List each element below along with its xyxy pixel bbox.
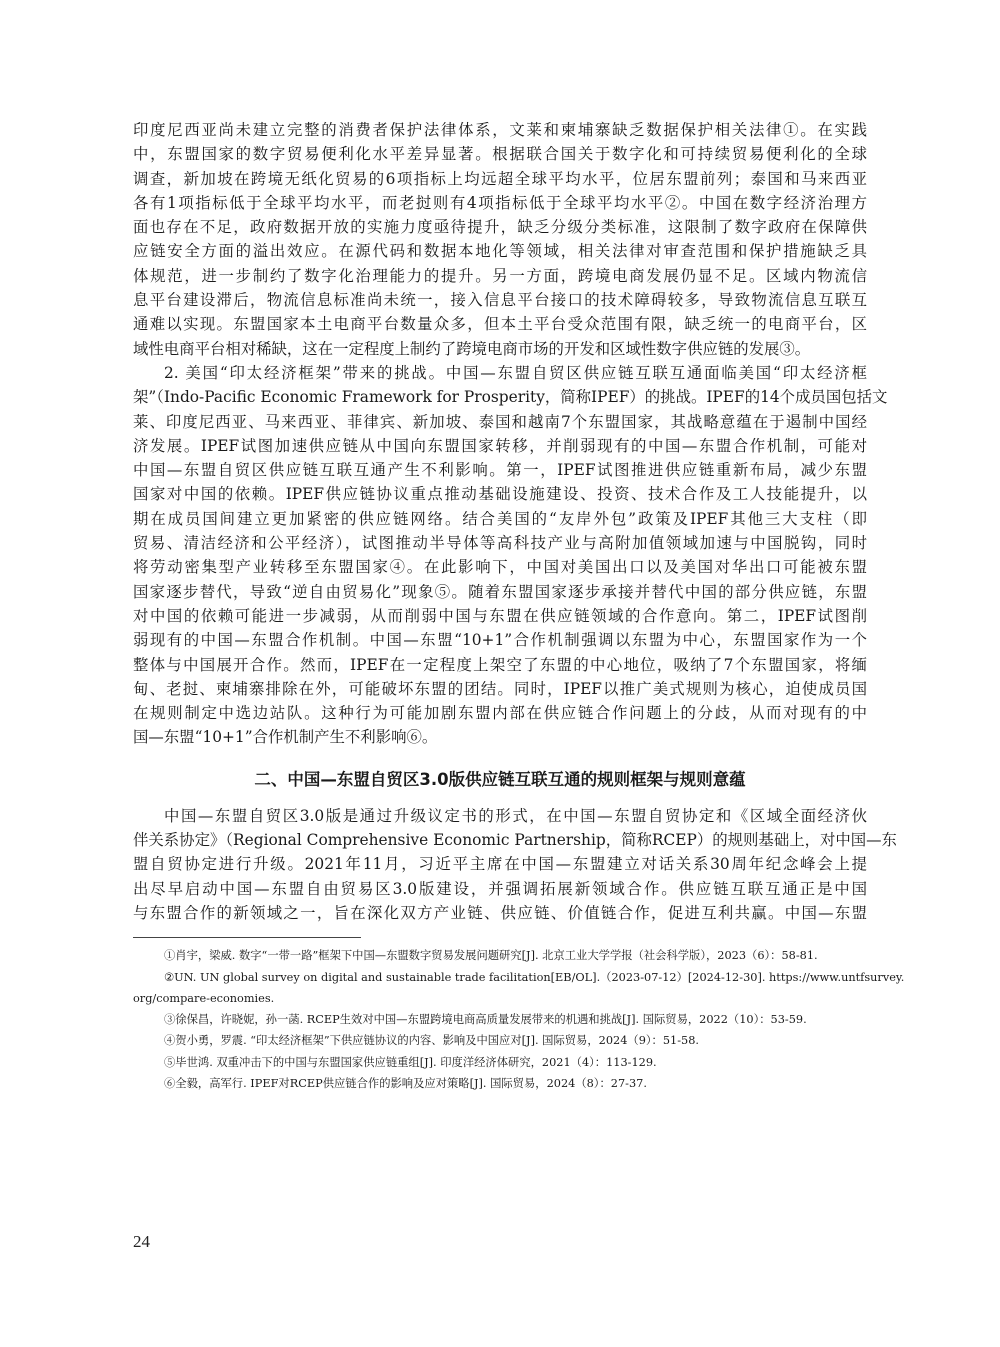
paragraph-fta-3-0: 中国—东盟自贸区3.0版是通过升级议定书的形式，在中国—东盟自贸协定和《区域全面…	[133, 804, 867, 925]
text-line: 中国—东盟自贸区3.0版是通过升级议定书的形式，在中国—东盟自贸协定和《区域全面…	[133, 804, 867, 828]
text-line: 中，东盟国家的数字贸易便利化水平差异显著。根据联合国关于数字化和可持续贸易便利化…	[133, 142, 867, 166]
text-line: 中国—东盟自贸区供应链互联互通产生不利影响。第一，IPEF试图推进供应链重新布局…	[133, 458, 867, 482]
text-line: 体规范，进一步制约了数字化治理能力的提升。另一方面，跨境电商发展仍显不足。区域内…	[133, 264, 867, 288]
text-line: 与东盟合作的新领域之一，旨在深化双方产业链、供应链、价值链合作，促进互利共赢。中…	[133, 901, 867, 925]
page-number: 24	[133, 1232, 150, 1252]
footnote-2: ②UN. UN global survey on digital and sus…	[133, 967, 867, 988]
paragraph-ipef-challenge: 2. 美国“印太经济框架”带来的挑战。中国—东盟自贸区供应链互联互通面临美国“印…	[133, 361, 867, 750]
text-line: 面也存在不足，政府数据开放的实施力度亟待提升，缺乏分级分类标准，这限制了数字政府…	[133, 215, 867, 239]
footnote-5: ⑤毕世鸿. 双重冲击下的中国与东盟国家供应链重组[J]. 印度洋经济体研究，20…	[133, 1052, 867, 1073]
text-line: 甸、老挝、柬埔寨排除在外，可能破坏东盟的团结。同时，IPEF以推广美式规则为核心…	[133, 677, 867, 701]
text-line: 域性电商平台相对稀缺，这在一定程度上制约了跨境电商市场的开发和区域性数字供应链的…	[133, 337, 867, 361]
footnotes: ①肖宇，梁威. 数字“一带一路”框架下中国—东盟数字贸易发展问题研究[J]. 北…	[133, 945, 867, 1094]
text-line: 调查，新加坡在跨境无纸化贸易的6项指标上均远超全球平均水平，位居东盟前列；泰国和…	[133, 167, 867, 191]
footnote-divider	[133, 937, 361, 938]
text-line: 在规则制定中选边站队。这种行为可能加剧东盟内部在供应链合作问题上的分歧，从而对现…	[133, 701, 867, 725]
text-line: 国—东盟“10+1”合作机制产生不利影响⑥。	[133, 725, 867, 749]
text-line: 印度尼西亚尚未建立完整的消费者保护法律体系，文莱和柬埔寨缺乏数据保护相关法律①。…	[133, 118, 867, 142]
text-line: 出尽早启动中国—东盟自由贸易区3.0版建设，并强调拓展新领域合作。供应链互联互通…	[133, 877, 867, 901]
footnote-4: ④贺小勇，罗震. “印太经济框架”下供应链协议的内容、影响及中国应对[J]. 国…	[133, 1030, 867, 1051]
text-line: 伴关系协定》（Regional Comprehensive Economic P…	[133, 828, 867, 852]
text-line: 通难以实现。东盟国家本土电商平台数量众多，但本土平台受众范围有限，缺乏统一的电商…	[133, 312, 867, 336]
text-line: 2. 美国“印太经济框架”带来的挑战。中国—东盟自贸区供应链互联互通面临美国“印…	[133, 361, 867, 385]
text-line: 各有1项指标低于全球平均水平，而老挝则有4项指标低于全球平均水平②。中国在数字经…	[133, 191, 867, 215]
footnote-1: ①肖宇，梁威. 数字“一带一路”框架下中国—东盟数字贸易发展问题研究[J]. 北…	[133, 945, 867, 966]
section-heading: 二、中国—东盟自贸区3.0版供应链互联互通的规则框架与规则意蕴	[133, 766, 867, 794]
article-page: 印度尼西亚尚未建立完整的消费者保护法律体系，文莱和柬埔寨缺乏数据保护相关法律①。…	[133, 118, 867, 1094]
text-line: 将劳动密集型产业转移至东盟国家④。在此影响下，中国对美国出口以及美国对华出口可能…	[133, 555, 867, 579]
text-line: 架”（Indo-Pacific Economic Framework for P…	[133, 385, 867, 409]
text-line: 国家逐步替代，导致“逆自由贸易化”现象⑤。随着东盟国家逐步承接并替代中国的部分供…	[133, 580, 867, 604]
text-line: 应链安全方面的溢出效应。在源代码和数据本地化等领域，相关法律对审查范围和保护措施…	[133, 239, 867, 263]
text-line: 贸易、清洁经济和公平经济），试图推动半导体等高科技产业与高附加值领域加速与中国脱…	[133, 531, 867, 555]
text-line: 对中国的依赖可能进一步减弱，从而削弱中国与东盟在供应链领域的合作意向。第二，IP…	[133, 604, 867, 628]
text-line: 期在成员国间建立更加紧密的供应链网络。结合美国的“友岸外包”政策及IPEF其他三…	[133, 507, 867, 531]
footnote-6: ⑥全毅，高军行. IPEF对RCEP供应链合作的影响及应对策略[J]. 国际贸易…	[133, 1073, 867, 1094]
paragraph-consumer-protection: 印度尼西亚尚未建立完整的消费者保护法律体系，文莱和柬埔寨缺乏数据保护相关法律①。…	[133, 118, 867, 361]
footnote-2-continued: org/compare-economies.	[133, 988, 867, 1009]
text-line: 国家对中国的依赖。IPEF供应链协议重点推动基础设施建设、投资、技术合作及工人技…	[133, 482, 867, 506]
text-line: 整体与中国展开合作。然而，IPEF在一定程度上架空了东盟的中心地位，吸纳了7个东…	[133, 653, 867, 677]
text-line: 盟自贸协定进行升级。2021年11月，习近平主席在中国—东盟建立对话关系30周年…	[133, 852, 867, 876]
text-line: 济发展。IPEF试图加速供应链从中国向东盟国家转移，并削弱现有的中国—东盟合作机…	[133, 434, 867, 458]
text-line: 息平台建设滞后，物流信息标准尚未统一，接入信息平台接口的技术障碍较多，导致物流信…	[133, 288, 867, 312]
text-line: 弱现有的中国—东盟合作机制。中国—东盟“10+1”合作机制强调以东盟为中心，东盟…	[133, 628, 867, 652]
footnote-3: ③徐保昌，许晓妮，孙一菡. RCEP生效对中国—东盟跨境电商高质量发展带来的机遇…	[133, 1009, 867, 1030]
text-line: 莱、印度尼西亚、马来西亚、菲律宾、新加坡、泰国和越南7个东盟国家，其战略意蕴在于…	[133, 410, 867, 434]
